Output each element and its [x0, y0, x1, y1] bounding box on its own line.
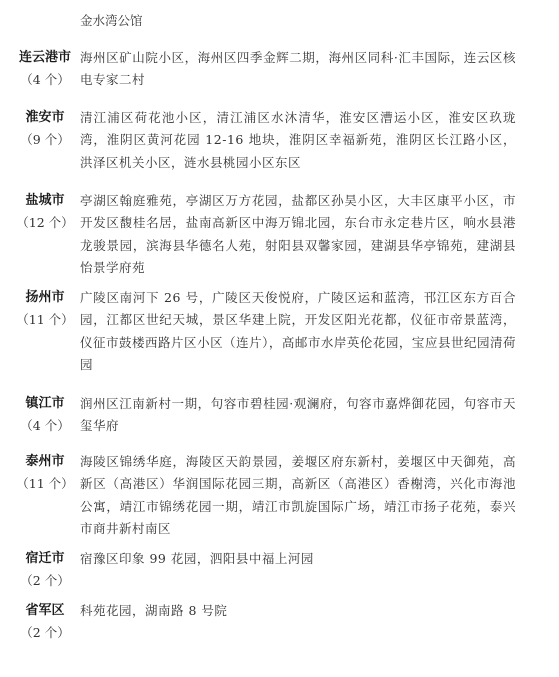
city-count: （2 个）	[14, 622, 76, 644]
places-list: 清江浦区荷花池小区，清江浦区水沐清华，淮安区漕运小区，淮安区玖珑湾，淮阴区黄河花…	[80, 107, 516, 174]
city-count: （11 个）	[14, 473, 76, 495]
city-label: 镇江市 （4 个）	[14, 393, 76, 437]
places-list: 润州区江南新村一期，句容市碧桂园·观澜府，句容市嘉烨御花园，句容市天玺华府	[80, 393, 516, 438]
city-count: （9 个）	[14, 129, 76, 151]
city-count: （2 个）	[14, 570, 76, 592]
city-count: （11 个）	[14, 309, 76, 331]
city-name: 泰州市	[14, 451, 76, 473]
city-label: 连云港市 （4 个）	[14, 47, 76, 91]
city-count: （12 个）	[14, 212, 76, 234]
places-list: 海州区矿山院小区，海州区四季金辉二期，海州区同科·汇丰国际，连云区核电专家二村	[80, 47, 516, 92]
places-list: 广陵区南河下 26 号，广陵区天俊悦府，广陵区运和蓝湾，邗江区东方百合园，江都区…	[80, 287, 516, 376]
city-name: 淮安市	[14, 107, 76, 129]
city-label: 盐城市 （12 个）	[14, 190, 76, 234]
city-name: 宿迁市	[14, 548, 76, 570]
city-label: 省军区 （2 个）	[14, 600, 76, 644]
city-label: 淮安市 （9 个）	[14, 107, 76, 151]
city-name: 镇江市	[14, 393, 76, 415]
places-list: 宿豫区印象 99 花园，泗阳县中福上河园	[80, 548, 516, 570]
city-name: 扬州市	[14, 287, 76, 309]
document-page: 金水湾公馆 连云港市 （4 个） 海州区矿山院小区，海州区四季金辉二期，海州区同…	[0, 0, 559, 677]
city-count: （4 个）	[14, 69, 76, 91]
city-label: 泰州市 （11 个）	[14, 451, 76, 495]
places-list: 科苑花园，湖南路 8 号院	[80, 600, 516, 622]
continuation-text: 金水湾公馆	[80, 10, 143, 32]
city-count: （4 个）	[14, 415, 76, 437]
city-name: 省军区	[14, 600, 76, 622]
city-label: 扬州市 （11 个）	[14, 287, 76, 331]
places-list: 亭湖区翰庭雅苑，亭湖区万方花园，盐都区孙昊小区，大丰区康平小区，市开发区馥桂名居…	[80, 190, 516, 279]
city-name: 盐城市	[14, 190, 76, 212]
places-list: 海陵区锦绣华庭，海陵区天韵景园，姜堰区府东新村，姜堰区中天御苑，高新区（高港区）…	[80, 451, 516, 540]
city-label: 宿迁市 （2 个）	[14, 548, 76, 592]
city-name: 连云港市	[14, 47, 76, 69]
